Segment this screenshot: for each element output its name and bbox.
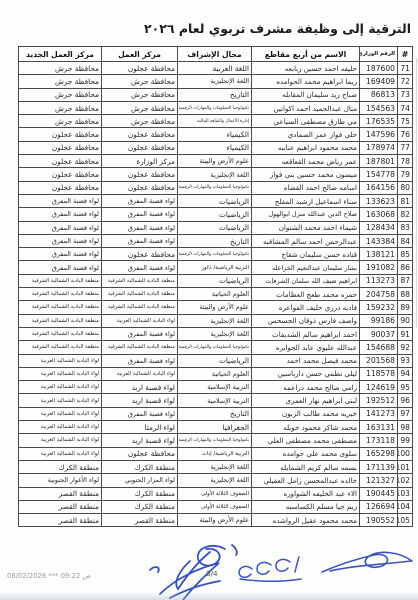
table-row: 79154778ميسون محمد حسين بني فوازاللغة ال… — [19, 168, 413, 181]
header-cell-num: # — [398, 47, 413, 62]
cell-field: التربية الإسلامية — [178, 381, 252, 394]
cell-ministry-id: 143384 — [360, 234, 398, 247]
cell-name: محمد شاكر محمود خويله — [252, 421, 360, 434]
cell-center: منطقة البادية الشمالية الشرقية — [102, 288, 178, 301]
cell-center: منطقة القصر — [102, 514, 178, 527]
cell-name: محمد محمود عقيل الرواشده — [252, 514, 360, 527]
cell-field: اللغة الإنجليزية — [178, 168, 252, 181]
table-row: 77178974محمد محمود ابراهيم عنانبهالكيميا… — [19, 141, 413, 154]
table-row: 84143384عبدالرحمن احمد سالم المشاقبهالتا… — [19, 234, 413, 247]
cell-field: تكنولوجيا المعلومات والمهارات الرقمية — [178, 181, 252, 194]
cell-new-center: لواء البادية الشمالية الغربية — [19, 354, 102, 367]
cell-name: سلوى محمد علي حوامده — [252, 447, 360, 460]
cell-ministry-id: 118578 — [360, 367, 398, 380]
cell-num: 77 — [398, 141, 413, 154]
cell-num: 105 — [398, 514, 413, 527]
cell-num: 98 — [398, 421, 413, 434]
cell-ministry-id: 201568 — [360, 354, 398, 367]
cell-ministry-id: 128434 — [360, 221, 398, 234]
cell-new-center: محافظة عجلون — [19, 128, 102, 141]
table-row: 92154688عبدالله عليوي عايد الجوابرهتكنول… — [19, 341, 413, 354]
cell-center: لواء المزار الجنوبي — [102, 474, 178, 487]
cell-num: 83 — [398, 221, 413, 234]
cell-new-center: منطقة البادية الشمالية الشرقية — [19, 288, 102, 301]
cell-field: الكيمياء — [178, 128, 252, 141]
cell-new-center: لواء البادية الشمالية الغربية — [19, 367, 102, 380]
table-row: 93201568محمد فيصل محمد احمدالرياضياتلواء… — [19, 354, 413, 367]
table-row: 98163131محمد شاكر محمود خويلهالجغرافيالو… — [19, 421, 413, 434]
table-row: 101171139بسمه سالم كريم الشمايلهاللغة ال… — [19, 460, 413, 473]
cell-field: علوم الأرض والبيئة — [178, 155, 252, 168]
cell-num: 91 — [398, 327, 413, 340]
header-cell-center: مركز العمل — [102, 47, 178, 62]
cell-num: 89 — [398, 301, 413, 314]
cell-ministry-id: 176535 — [360, 115, 398, 128]
table-row: 100165298سلوى محمد علي حوامدهالتربية الر… — [19, 447, 413, 460]
cell-field: التربية الرياضية/ ذكور — [178, 261, 252, 274]
cell-name: منال عبدالحميد احمد اكوانين — [252, 101, 360, 114]
cell-name: بشار سليمان عبدالنعيم الخزاعله — [252, 261, 360, 274]
cell-center: لواء قصبة اربد — [102, 394, 178, 407]
cell-name: ريم حيا مسلم الكساسبه — [252, 500, 360, 513]
table-row: 9099186واصف فارس ذوقان الحسحساللغة الإنج… — [19, 314, 413, 327]
cell-field: التربية الإسلامية — [178, 394, 252, 407]
signature-ink-middle-icon — [239, 557, 301, 581]
cell-name: عمر رياض محمد القعاقعه — [252, 155, 360, 168]
cell-new-center: منطقة القصر — [19, 514, 102, 527]
cell-name: صباح زيد سليمان المقابله — [252, 88, 360, 101]
cell-center: لواء قصبة المفرق — [102, 261, 178, 274]
cell-new-center: لواء البادية الشمالية الغربية — [19, 381, 102, 394]
cell-center: لواء البادية الشمالية الغربية — [102, 367, 178, 380]
promotion-table: # الرقم الوزاري الاسم من أربع مقاطع مجال… — [18, 46, 413, 527]
cell-center: محافظة جرش — [102, 101, 178, 114]
table-row: 104126694ريم حيا مسلم الكساسبهالصفوف الث… — [19, 500, 413, 513]
cell-center: منطقة الكرك — [102, 460, 178, 473]
header-cell-name: الاسم من أربع مقاطع — [252, 47, 360, 62]
cell-field: علوم الأرض والبيئة — [178, 301, 252, 314]
cell-field: التاريخ — [178, 88, 252, 101]
cell-ministry-id: 154688 — [360, 341, 398, 354]
cell-new-center: منطقة البادية الشمالية الشرقية — [19, 341, 102, 354]
cell-num: 99 — [398, 434, 413, 447]
table-row: 75176535مي طارق مصطفى السباعيإدارة الأعم… — [19, 115, 413, 128]
cell-center: لواء قصبة اربد — [102, 381, 178, 394]
table-row: 80164156اسامه صالح احمد القضاهتكنولوجيا … — [19, 181, 413, 194]
cell-field: تكنولوجيا المعلومات والمهارات الرقمية — [178, 101, 252, 114]
cell-ministry-id: 124619 — [360, 381, 398, 394]
table-row: 99173118مصطفى محمد مصطفى العليتكنولوجيا … — [19, 434, 413, 447]
cell-new-center: منطقة القصر — [19, 500, 102, 513]
cell-new-center: لواء قصبة المفرق — [19, 221, 102, 234]
cell-center: لواء قصبة المفرق — [102, 327, 178, 340]
cell-num: 88 — [398, 288, 413, 301]
cell-field: اللغة الإنجليزية — [178, 460, 252, 473]
cell-name: قتاده حسن سليمان شقاح — [252, 248, 360, 261]
cell-center: مركز الوزارة — [102, 155, 178, 168]
cell-ministry-id: 190445 — [360, 487, 398, 500]
cell-center: محافظة عجلون — [102, 128, 178, 141]
cell-field: الرياضيات — [178, 194, 252, 207]
cell-center: منطقة الكرك — [102, 500, 178, 513]
cell-num: 103 — [398, 487, 413, 500]
table-row: 88204758حمزه محمد طعج العظاماتالعلوم الح… — [19, 288, 413, 301]
datetime-stamp: 08/02/2026 *** 09:22 ص — [7, 572, 91, 580]
cell-field: الرياضيات — [178, 274, 252, 287]
cell-name: شيماء احمد محمد الشنوان — [252, 221, 360, 234]
cell-new-center: محافظة جرش — [19, 75, 102, 88]
cell-new-center: لواء البادية الشمالية الغربية — [19, 407, 102, 420]
scan-bottom-shadow — [0, 592, 418, 600]
cell-field: العلوم الحياتية — [178, 367, 252, 380]
header-cell-new-center: مركز العمل الجديد — [19, 47, 102, 62]
cell-ministry-id: 90037 — [360, 327, 398, 340]
cell-center: محافظة عجلون — [102, 447, 178, 460]
cell-num: 84 — [398, 234, 413, 247]
cell-field: التاريخ — [178, 234, 252, 247]
cell-name: ميسون محمد حسين بني فواز — [252, 168, 360, 181]
cell-new-center: محافظة جرش — [19, 101, 102, 114]
cell-center: لواء قصبة المفرق — [102, 407, 178, 420]
cell-name: مي طارق مصطفى السباعي — [252, 115, 360, 128]
cell-field: اللغة العربية — [178, 62, 252, 75]
cell-field: الرياضيات — [178, 354, 252, 367]
table-row: 9190037احمد ابراهيم سالم الشديفاتاللغة ا… — [19, 327, 413, 340]
cell-ministry-id: 171139 — [360, 460, 398, 473]
cell-name: فاديه درزي خليف الفواعره — [252, 301, 360, 314]
cell-num: 86 — [398, 261, 413, 274]
cell-ministry-id: 190552 — [360, 514, 398, 527]
cell-name: عبدالرحمن احمد سالم المشاقبه — [252, 234, 360, 247]
cell-name: بسمه سالم كريم الشمايله — [252, 460, 360, 473]
cell-new-center: منطقة القصر — [19, 487, 102, 500]
cell-ministry-id: 154778 — [360, 168, 398, 181]
cell-ministry-id: 133623 — [360, 194, 398, 207]
cell-name: سناء اسماعيل ارشيد المفلح — [252, 194, 360, 207]
cell-name: ليلى نظمي حسن دارباسين — [252, 367, 360, 380]
table-row: 86191082بشار سليمان عبدالنعيم الخزاعلهال… — [19, 261, 413, 274]
cell-name: واصف فارس ذوقان الحسحس — [252, 314, 360, 327]
cell-new-center: لواء الأغوار الجنوبية — [19, 474, 102, 487]
table-row: 76147596حلي فواز عمر الصماديالكيمياءمحاف… — [19, 128, 413, 141]
cell-num: 94 — [398, 367, 413, 380]
cell-field: اللغة الإنجليزية — [178, 327, 252, 340]
cell-num: 100 — [398, 447, 413, 460]
cell-num: 96 — [398, 394, 413, 407]
cell-num: 72 — [398, 75, 413, 88]
cell-name: مصطفى محمد مصطفى العلي — [252, 434, 360, 447]
cell-new-center: منطقة البادية الشمالية الشرقية — [19, 327, 102, 340]
cell-new-center: محافظة عجلون — [19, 168, 102, 181]
cell-ministry-id: 113273 — [360, 274, 398, 287]
cell-num: 87 — [398, 274, 413, 287]
cell-num: 92 — [398, 341, 413, 354]
cell-ministry-id: 126694 — [360, 500, 398, 513]
cell-ministry-id: 173118 — [360, 434, 398, 447]
cell-center: لواء البادية الشمالية الغربية — [102, 314, 178, 327]
cell-name: احمد ابراهيم سالم الشديفات — [252, 327, 360, 340]
cell-field: اللغة الإنجليزية — [178, 474, 252, 487]
cell-center: لواء قصبة المفرق — [102, 221, 178, 234]
table-row: 97141273خيريه محمد طالب الزبونالتاريخلوا… — [19, 407, 413, 420]
cell-name: حلي فواز عمر الصمادي — [252, 128, 360, 141]
cell-field: الصفوف الثلاثة الأولى — [178, 500, 252, 513]
table-row: 74154563منال عبدالحميد احمد اكوانينتكنول… — [19, 101, 413, 114]
cell-num: 95 — [398, 381, 413, 394]
cell-field: التاريخ — [178, 407, 252, 420]
cell-num: 79 — [398, 168, 413, 181]
cell-ministry-id: 191082 — [360, 261, 398, 274]
table-row: 95124619رامي صالح محمد دراعمهالتربية الإ… — [19, 381, 413, 394]
table-row: 83128434شيماء احمد محمد الشنوانالرياضيات… — [19, 221, 413, 234]
cell-num: 75 — [398, 115, 413, 128]
table-header-row: # الرقم الوزاري الاسم من أربع مقاطع مجال… — [19, 47, 413, 62]
cell-ministry-id: 178974 — [360, 141, 398, 154]
cell-name: صلاح الدين عبدالله منزل ابوالهول — [252, 208, 360, 221]
cell-name: حمزه محمد طعج العظامات — [252, 288, 360, 301]
table-row: 72169409ريما ابراهيم محمد الحوامدهاللغة … — [19, 75, 413, 88]
cell-ministry-id: 138121 — [360, 248, 398, 261]
cell-num: 81 — [398, 194, 413, 207]
cell-field: علوم الأرض والبيئة — [178, 514, 252, 527]
cell-ministry-id: 147596 — [360, 128, 398, 141]
table-row: 105190552محمد محمود عقيل الرواشدهعلوم ال… — [19, 514, 413, 527]
cell-new-center: لواء البادية الشمالية الغربية — [19, 394, 102, 407]
table-row: 89159232فاديه درزي خليف الفواعرهعلوم الأ… — [19, 301, 413, 314]
cell-new-center: محافظة جرش — [19, 88, 102, 101]
cell-num: 76 — [398, 128, 413, 141]
cell-num: 101 — [398, 460, 413, 473]
cell-name: الاء عبد الخليفه الشواوره — [252, 487, 360, 500]
cell-num: 74 — [398, 101, 413, 114]
cell-name: حليفه احمد حسين ربابعه — [252, 62, 360, 75]
cell-center: محافظة عجلون — [102, 181, 178, 194]
cell-center: منطقة البادية الشمالية الشرقية — [102, 341, 178, 354]
cell-num: 85 — [398, 248, 413, 261]
cell-name: محمد محمود ابراهيم عنانبه — [252, 141, 360, 154]
cell-center: محافظة عجلون — [102, 168, 178, 181]
cell-ministry-id: 192512 — [360, 394, 398, 407]
document-page: الترقية إلى وظيفة مشرف تربوي لعام ٢٠٢٦ #… — [0, 0, 418, 600]
cell-field: الكيمياء — [178, 141, 252, 154]
cell-num: 97 — [398, 407, 413, 420]
cell-center: منطقة البادية الشمالية الشرقية — [102, 301, 178, 314]
cell-center: محافظة جرش — [102, 75, 178, 88]
cell-num: 104 — [398, 500, 413, 513]
cell-num: 90 — [398, 314, 413, 327]
cell-name: اسامه صالح احمد القضاه — [252, 181, 360, 194]
cell-ministry-id: 163131 — [360, 421, 398, 434]
cell-name: خالده عبدالمحسن زامل العقيلي — [252, 474, 360, 487]
page-title: الترقية إلى وظيفة مشرف تربوي لعام ٢٠٢٦ — [144, 21, 411, 36]
cell-num: 80 — [398, 181, 413, 194]
signature-ink-right-icon — [322, 552, 412, 572]
cell-ministry-id: 141273 — [360, 407, 398, 420]
cell-field: الجغرافيا — [178, 421, 252, 434]
cell-new-center: لواء البادية الشمالية الغربية — [19, 421, 102, 434]
cell-num: 73 — [398, 88, 413, 101]
cell-name: محمد فيصل محمد احمد — [252, 354, 360, 367]
cell-num: 93 — [398, 354, 413, 367]
table-row: 85138121قتاده حسن سليمان شقاحتكنولوجيا ا… — [19, 248, 413, 261]
cell-field: تكنولوجيا المعلومات والمهارات الرقمية — [178, 341, 252, 354]
cell-field: اللغة الإنجليزية — [178, 314, 252, 327]
cell-ministry-id: 154563 — [360, 101, 398, 114]
header-cell-ministry-id: الرقم الوزاري — [360, 47, 398, 62]
cell-name: ابراهيم ضيف الله سلمان الشرفات — [252, 274, 360, 287]
cell-num: 82 — [398, 208, 413, 221]
cell-center: لواء قصبة المفرق — [102, 194, 178, 207]
cell-ministry-id: 187600 — [360, 62, 398, 75]
cell-field: اللغة الإنجليزية — [178, 75, 252, 88]
cell-new-center: لواء قصبة المفرق — [19, 261, 102, 274]
cell-field: تكنولوجيا المعلومات والمهارات الرقمية — [178, 434, 252, 447]
cell-center: محافظة عجلون — [102, 248, 178, 261]
cell-new-center: لواء قصبة المفرق — [19, 248, 102, 261]
cell-new-center: لواء قصبة المفرق — [19, 234, 102, 247]
cell-field: الرياضيات — [178, 221, 252, 234]
cell-field: إدارة الأعمال والثقافة المالية — [178, 115, 252, 128]
table-body: 71187600حليفه احمد حسين ربابعهاللغة العر… — [19, 62, 413, 527]
cell-name: لبنى ابراهيم نهار العمري — [252, 394, 360, 407]
cell-num: 102 — [398, 474, 413, 487]
page-number: 3/4 — [206, 569, 218, 578]
cell-ministry-id: 99186 — [360, 314, 398, 327]
cell-new-center: محافظة عجلون — [19, 155, 102, 168]
cell-new-center: محافظة عجلون — [19, 141, 102, 154]
cell-field: التربية الرياضية/ إناث — [178, 447, 252, 460]
cell-num: 71 — [398, 62, 413, 75]
cell-new-center: لواء البادية الشمالية الغربية — [19, 434, 102, 447]
cell-name: عبدالله عليوي عايد الجوابره — [252, 341, 360, 354]
cell-new-center: منطقة البادية الشمالية الشرقية — [19, 274, 102, 287]
cell-ministry-id: 165298 — [360, 447, 398, 460]
cell-ministry-id: 204758 — [360, 288, 398, 301]
cell-field: الرياضيات — [178, 208, 252, 221]
table-row: 94118578ليلى نظمي حسن دارباسينالعلوم الح… — [19, 367, 413, 380]
cell-center: محافظة جرش — [102, 115, 178, 128]
table-row: 102121327خالده عبدالمحسن زامل العقيليالل… — [19, 474, 413, 487]
cell-ministry-id: 164156 — [360, 181, 398, 194]
cell-center: لواء الرمثا — [102, 421, 178, 434]
table-row: 87113273ابراهيم ضيف الله سلمان الشرفاتال… — [19, 274, 413, 287]
cell-num: 78 — [398, 155, 413, 168]
table-row: 103190445الاء عبد الخليفه الشواورهالصفوف… — [19, 487, 413, 500]
table-row: 96192512لبنى ابراهيم نهار العمريالتربية … — [19, 394, 413, 407]
cell-center: محافظة عجلون — [102, 141, 178, 154]
header-cell-field: مجال الإشراف — [178, 47, 252, 62]
cell-center: محافظة جرش — [102, 88, 178, 101]
cell-field: تكنولوجيا المعلومات والمهارات الرقمية — [178, 248, 252, 261]
cell-ministry-id: 159232 — [360, 301, 398, 314]
scan-edge-artifact — [416, 58, 417, 328]
cell-field: العلوم الحياتية — [178, 288, 252, 301]
cell-new-center: محافظة جرش — [19, 62, 102, 75]
cell-new-center: منطقة الكرك — [19, 460, 102, 473]
cell-ministry-id: 169409 — [360, 75, 398, 88]
cell-new-center: منطقة البادية الشمالية الشرقية — [19, 314, 102, 327]
cell-new-center: منطقة البادية الشمالية الشرقية — [19, 301, 102, 314]
cell-field: الصفوف الثلاثة الأولى — [178, 487, 252, 500]
cell-ministry-id: 121327 — [360, 474, 398, 487]
table-row: 81133623سناء اسماعيل ارشيد المفلحالرياضي… — [19, 194, 413, 207]
cell-ministry-id: 187801 — [360, 155, 398, 168]
cell-new-center: محافظة عجلون — [19, 181, 102, 194]
table-row: 82163068صلاح الدين عبدالله منزل ابوالهول… — [19, 208, 413, 221]
cell-name: ريما ابراهيم محمد الحوامده — [252, 75, 360, 88]
table-row: 78187801عمر رياض محمد القعاقعهعلوم الأرض… — [19, 155, 413, 168]
cell-center: لواء قصبة المفرق — [102, 234, 178, 247]
table-row: 7386813صباح زيد سليمان المقابلهالتاريخمح… — [19, 88, 413, 101]
cell-center: محافظة عجلون — [102, 62, 178, 75]
table-row: 71187600حليفه احمد حسين ربابعهاللغة العر… — [19, 62, 413, 75]
cell-center: منطقة الكرك — [102, 487, 178, 500]
cell-new-center: لواء قصبة المفرق — [19, 208, 102, 221]
cell-ministry-id: 86813 — [360, 88, 398, 101]
cell-ministry-id: 163068 — [360, 208, 398, 221]
cell-center: لواء قصبة المفرق — [102, 208, 178, 221]
cell-center: لواء قصبة اربد — [102, 434, 178, 447]
cell-new-center: محافظة جرش — [19, 115, 102, 128]
cell-center: منطقة البادية الشمالية الشرقية — [102, 274, 178, 287]
cell-name: خيريه محمد طالب الزبون — [252, 407, 360, 420]
cell-new-center: لواء البادية الشمالية الغربية — [19, 447, 102, 460]
cell-name: رامي صالح محمد دراعمه — [252, 381, 360, 394]
cell-center: لواء قصبة المفرق — [102, 354, 178, 367]
cell-new-center: لواء قصبة المفرق — [19, 194, 102, 207]
